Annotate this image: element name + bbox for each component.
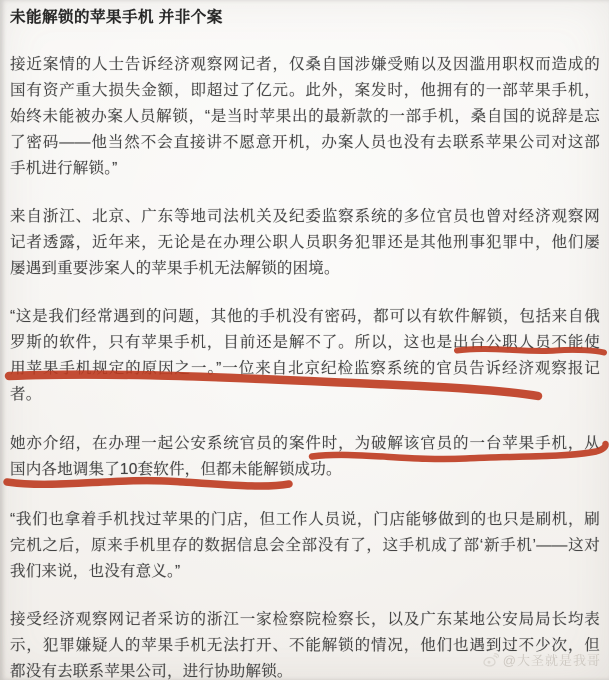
article-line: 手机进行解锁。” <box>10 156 600 182</box>
weibo-logo-icon <box>483 653 499 667</box>
article-line: 国有资产重大损失金额，即超过了亿元。此外，案发时，他拥有的一部苹果手机， <box>10 78 600 104</box>
article-line: 来自浙江、北京、广东等地司法机关及纪委监察系统的多位官员也曾对经济观察网 <box>10 204 600 230</box>
article-line: 我们来说，也没有意义。” <box>10 559 600 585</box>
article-line: 接近案情的人士告诉经济观察网记者，仅桑自国涉嫌受贿以及因滥用职权而造成的 <box>10 52 600 78</box>
article-title: 未能解锁的苹果手机 并非个案 <box>10 5 599 27</box>
article-line: 记者透露，近年来，无论是在办理公职人员职务犯罪还是其他刑事犯罪中，他们屡 <box>10 230 600 256</box>
article-paragraph-5: “我们也拿着手机找过苹果的门店，但工作人员说，门店能够做到的也只是刷机，刷 完机… <box>10 507 600 585</box>
article-line: 用苹果手机规定的原因之一。”一位来自北京纪检监察系统的官员告诉经济观察报记 <box>10 356 600 382</box>
article-line: “这是我们经常遇到的问题，其他的手机没有密码，都可以有软件解锁，包括来自俄 <box>10 304 600 330</box>
article-paragraph-1: 接近案情的人士告诉经济观察网记者，仅桑自国涉嫌受贿以及因滥用职权而造成的 国有资… <box>10 52 600 182</box>
article-page: 未能解锁的苹果手机 并非个案 接近案情的人士告诉经济观察网记者，仅桑自国涉嫌受贿… <box>0 0 609 680</box>
article-line: 罗斯的软件，只有苹果手机，目前还是解不了。所以，这也是出台公职人员不能使 <box>10 330 600 356</box>
article-line: 接受经济观察网记者采访的浙江一家检察院检察长，以及广东某地公安局局长均表 <box>10 607 600 633</box>
article-line: 完机之后，原来手机里存的数据信息会全部没有了，这手机成了部‘新手机’——这对 <box>10 533 600 559</box>
weibo-watermark: @大圣就是我哥 <box>483 650 601 669</box>
article-line: 始终未能被办案人员解锁，“是当时苹果出的最新款的一部手机，桑自国的说辞是忘 <box>10 104 600 130</box>
article-line: 了密码——他当然不会直接讲不愿意开机，办案人员也没有去联系苹果公司对这部 <box>10 130 600 156</box>
watermark-handle: @大圣就是我哥 <box>503 650 601 669</box>
article-paragraph-6: 接受经济观察网记者采访的浙江一家检察院检察长，以及广东某地公安局局长均表 示，犯… <box>10 607 600 680</box>
article-line: 屡遇到重要涉案人的苹果手机无法解锁的困境。 <box>10 256 600 282</box>
article-paragraph-4: 她亦介绍，在办理一起公安系统官员的案件时，为破解该官员的一台苹果手机，从 国内各… <box>10 431 600 483</box>
article-line: 她亦介绍，在办理一起公安系统官员的案件时，为破解该官员的一台苹果手机，从 <box>10 431 600 457</box>
article-line: 者。 <box>10 382 600 408</box>
article-paragraph-2: 来自浙江、北京、广东等地司法机关及纪委监察系统的多位官员也曾对经济观察网 记者透… <box>10 204 600 282</box>
article-paragraph-3: “这是我们经常遇到的问题，其他的手机没有密码，都可以有软件解锁，包括来自俄 罗斯… <box>10 304 600 408</box>
article-line: 国内各地调集了10套软件，但都未能解锁成功。 <box>10 457 600 483</box>
article-line: “我们也拿着手机找过苹果的门店，但工作人员说，门店能够做到的也只是刷机，刷 <box>10 507 600 533</box>
